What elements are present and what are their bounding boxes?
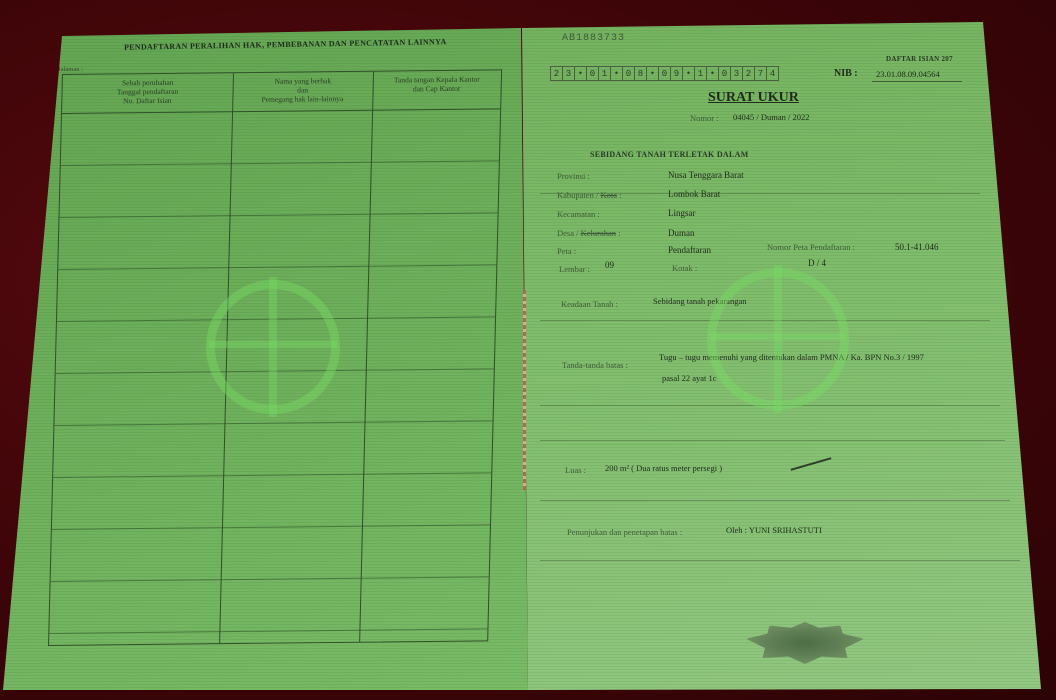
column-header-nama: Nama yang berhak dan Pemegang hak lain-l… [236, 76, 369, 104]
table-row-divider [59, 212, 497, 218]
binding-thread [523, 290, 526, 490]
location-heading: SEBIDANG TANAH TERLETAK DALAM [590, 150, 749, 159]
kotak-value: D / 4 [808, 258, 826, 268]
penunjukan-label: Penunjukan dan penetapan batas : [567, 527, 682, 537]
peta-value: Pendaftaran [668, 245, 711, 255]
id-box: 4 [766, 66, 779, 81]
table-row-divider [54, 420, 492, 426]
lembar-label: Lembar : [559, 264, 590, 274]
kabupaten-label: Kabupaten / Kota : [557, 190, 621, 200]
kotak-label: Kotak : [672, 263, 697, 273]
table-row-divider [53, 472, 491, 478]
desa-value: Duman [668, 228, 695, 238]
desa-label: Desa / Kelurahan : [557, 228, 621, 238]
lembar-value: 09 [605, 260, 614, 270]
table-row-divider [61, 160, 499, 166]
table-row-divider [49, 628, 487, 634]
tanda-batas-value-line2: pasal 22 ayat 1c [662, 373, 717, 383]
provinsi-value: Nusa Tenggara Barat [668, 170, 744, 180]
luas-label: Luas : [565, 465, 586, 475]
kecamatan-label: Kecamatan : [557, 209, 600, 219]
serial-number: AB1883733 [562, 33, 625, 44]
peta-label: Peta : [557, 246, 576, 256]
nomor-value: 04045 / Duman / 2022 [733, 112, 810, 122]
kecamatan-value: Lingsar [668, 208, 696, 218]
kabupaten-value: Lombok Barat [668, 189, 720, 199]
nib-label: NIB : [834, 68, 858, 79]
form-code: DAFTAR ISIAN 207 [886, 55, 953, 63]
column-header-tanda-tangan: Tanda tangan Kepala Kantor dan Cap Kanto… [377, 74, 497, 93]
nib-value: 23.01.08.09.04564 [876, 69, 940, 79]
table-row-divider [52, 524, 490, 530]
tanda-batas-label: Tanda-tanda batas : [562, 360, 628, 370]
left-page: PENDAFTARAN PERALIHAN HAK, PEMBEBANAN DA… [0, 0, 530, 700]
luas-value: 200 m² ( Dua ratus meter persegi ) [605, 463, 722, 473]
bpn-seal-watermark [206, 280, 340, 414]
halaman-label: Halaman : [56, 66, 83, 73]
parcel-id-boxes: 23•01•08•09•1•03274 [551, 66, 779, 81]
column-header-sebab: Sebab perubahan Tanggal pendaftaran No. … [66, 77, 229, 106]
nomor-peta-value: 50.1-41.046 [895, 242, 939, 252]
keadaan-tanah-label: Keadaan Tanah : [561, 299, 618, 309]
nomor-peta-label: Nomor Peta Pendaftaran : [767, 242, 855, 252]
table-row-divider [51, 576, 489, 582]
document-title: SURAT UKUR [708, 90, 799, 106]
penunjukan-value: Oleh : YUNI SRIHASTUTI [726, 525, 822, 535]
bpn-seal-watermark [707, 268, 849, 410]
provinsi-label: Provinsi : [557, 171, 590, 181]
nomor-label: Nomor : [690, 113, 719, 123]
table-row-divider [58, 264, 496, 270]
